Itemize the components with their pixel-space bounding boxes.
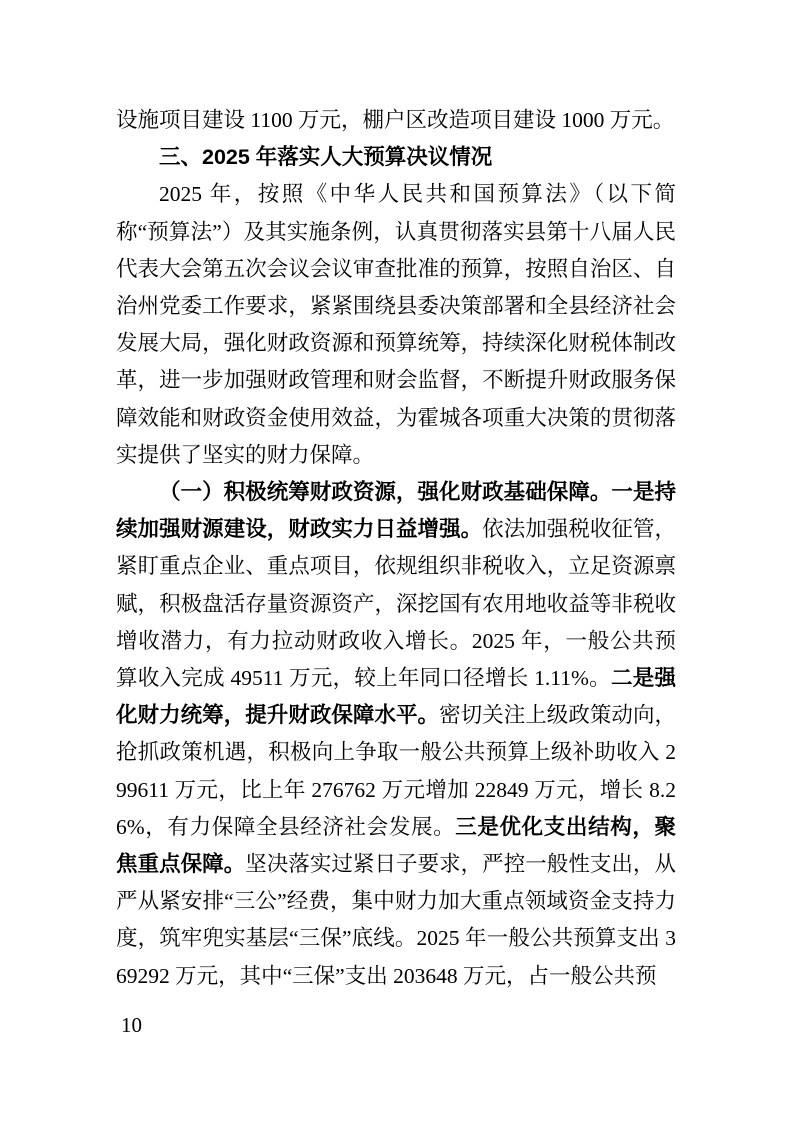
page-number: 10 — [121, 1012, 142, 1038]
section-heading: 三、2025 年落实人大预算决议情况 — [116, 139, 676, 176]
section-heading-text: 三、2025 年落实人大预算决议情况 — [159, 145, 492, 169]
text-block: 设施项目建设 1100 万元，棚户区改造项目建设 1000 万元。 三、2025… — [116, 102, 676, 995]
paragraph-continuation: 设施项目建设 1100 万元，棚户区改造项目建设 1000 万元。 — [116, 102, 676, 139]
body-text: 2025 年，按照《中华人民共和国预算法》（以下简称“预算法”）及其实施条例，认… — [116, 182, 676, 466]
paragraph-section-one: （一）积极统筹财政资源，强化财政基础保障。一是持续加强财源建设，财政实力日益增强… — [116, 474, 676, 995]
paragraph-intro: 2025 年，按照《中华人民共和国预算法》（以下简称“预算法”）及其实施条例，认… — [116, 176, 676, 474]
body-text: 依法加强税收征管，紧盯重点企业、重点项目，依规组织非税收入，立足资源禀赋，积极盘… — [116, 517, 676, 690]
body-text: 设施项目建设 1100 万元，棚户区改造项目建设 1000 万元。 — [116, 108, 674, 132]
document-page: 设施项目建设 1100 万元，棚户区改造项目建设 1000 万元。 三、2025… — [0, 0, 793, 1122]
